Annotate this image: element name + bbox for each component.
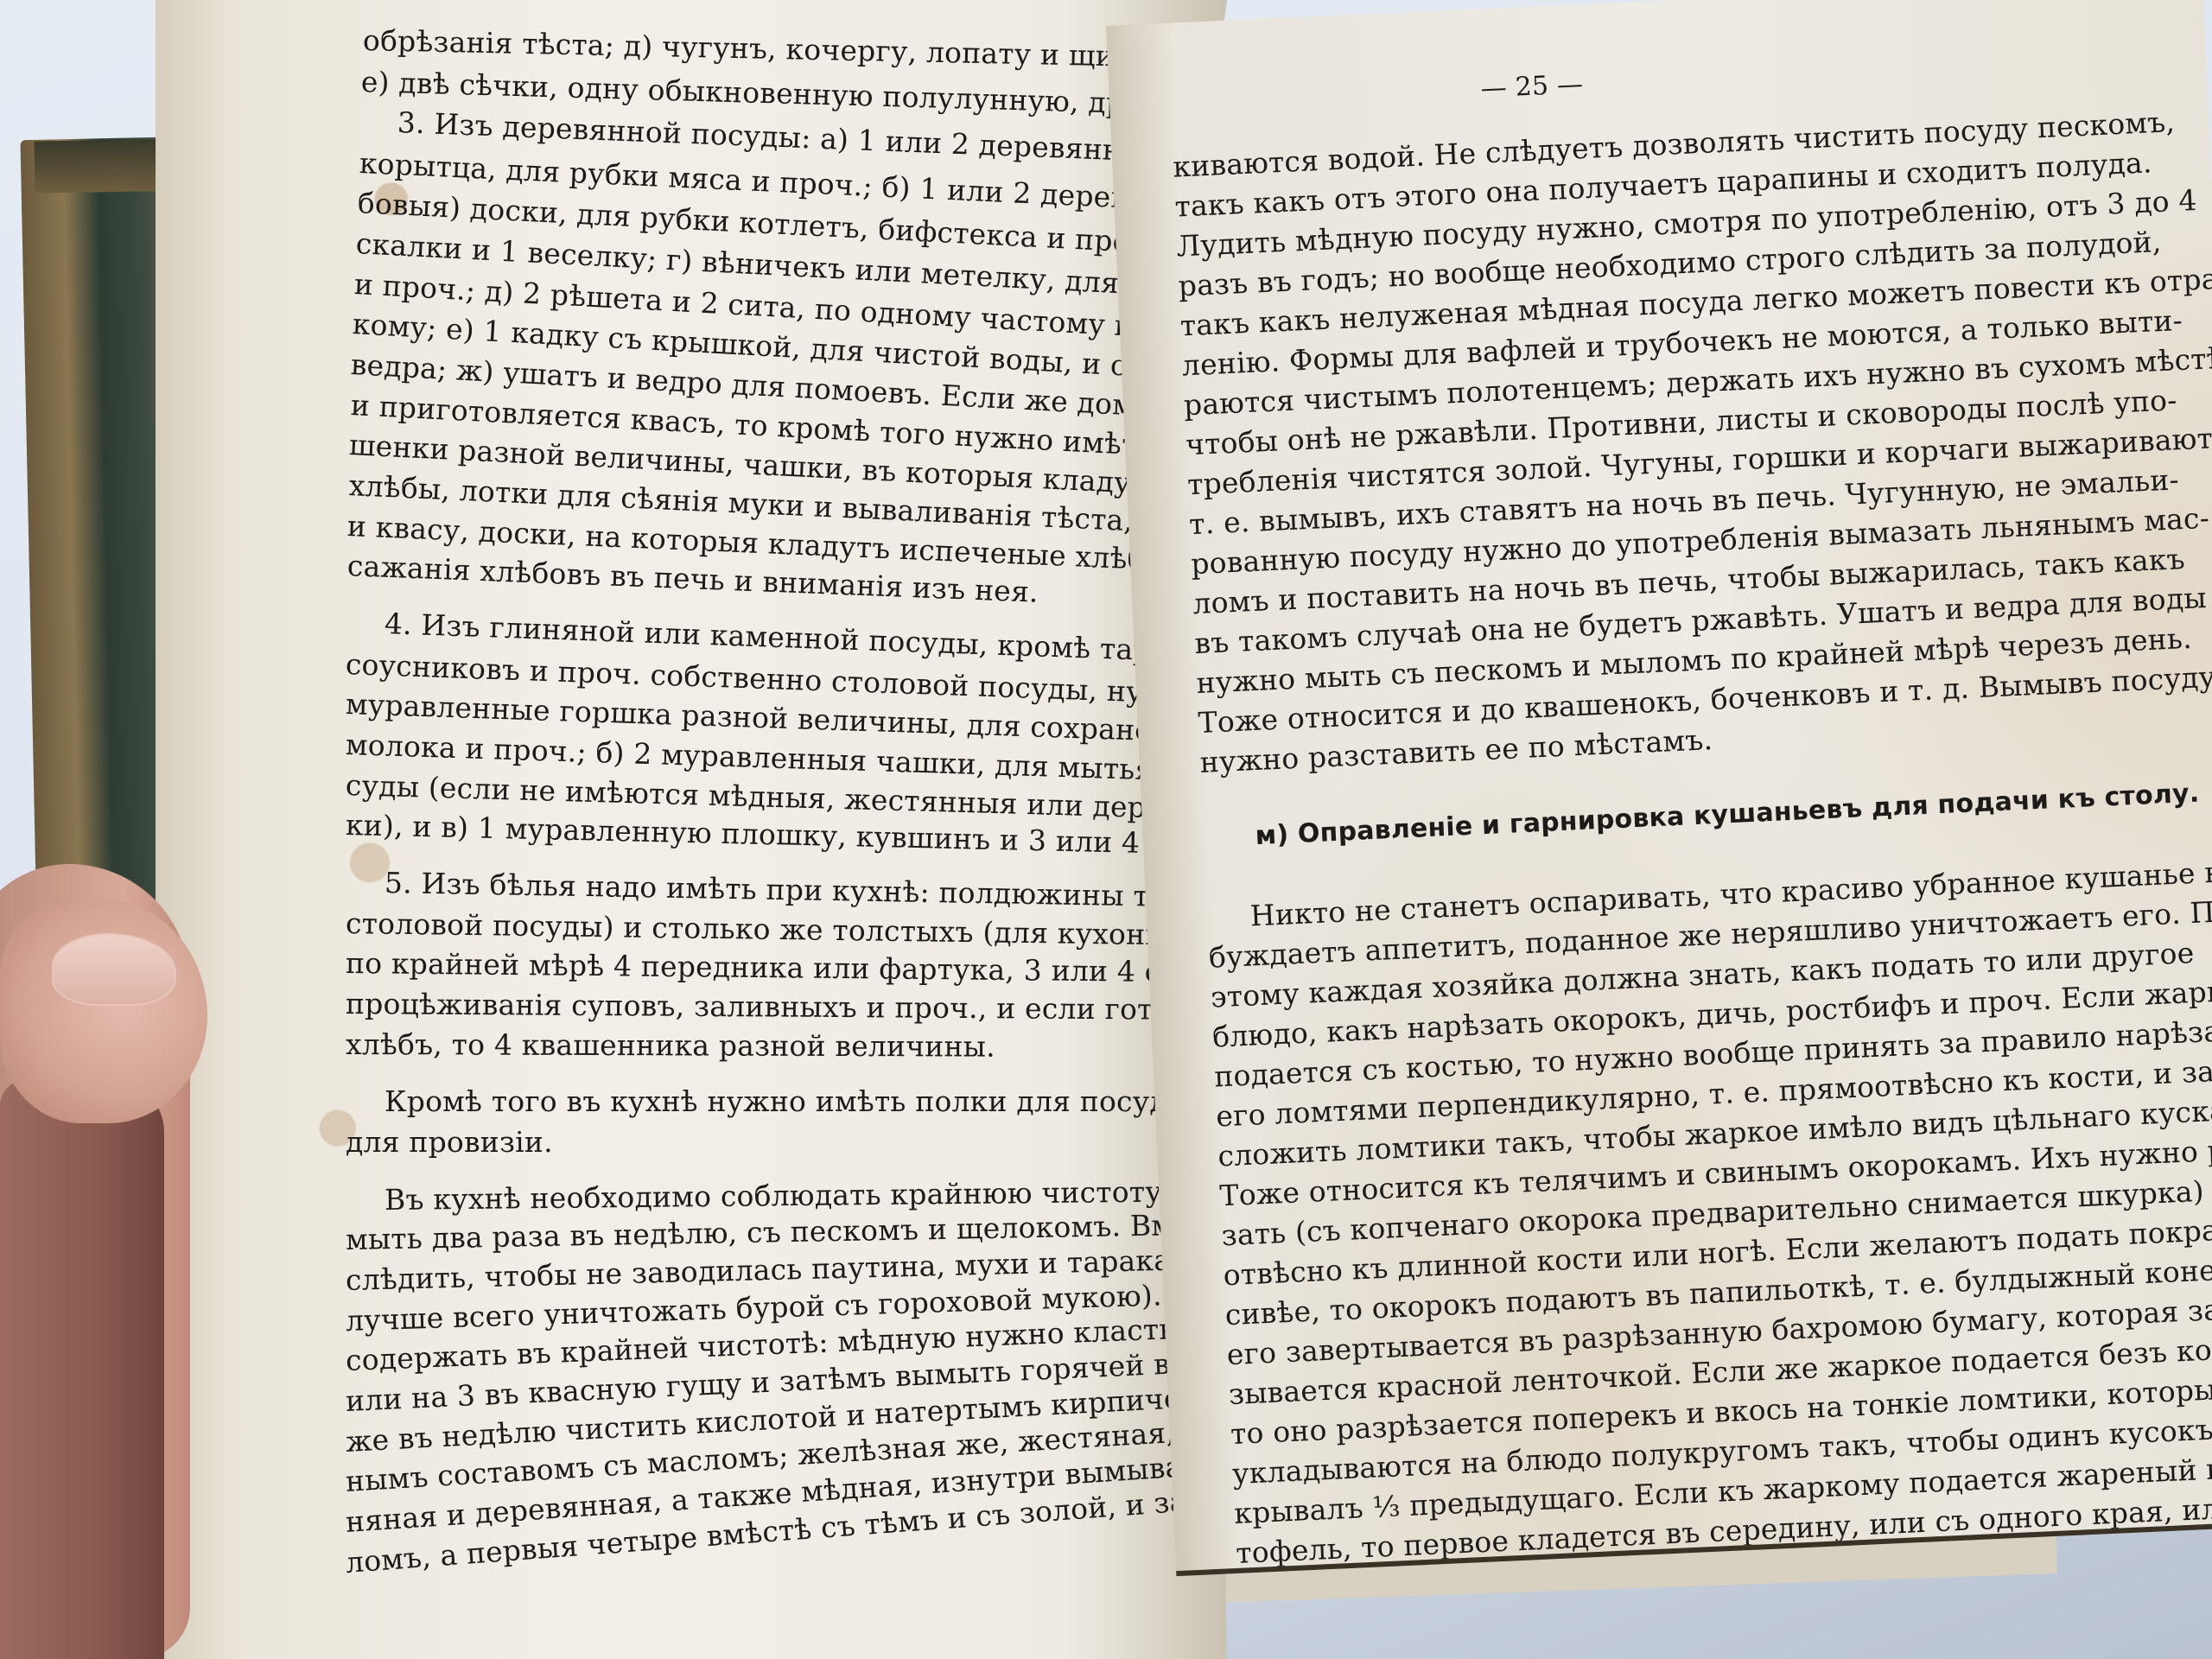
- text-line: Въ кухнѣ необходимо соблюдать крайнюю чи…: [385, 1175, 1227, 1214]
- text-line: обрѣзанія тѣста; д) чугунъ, кочергу, лоп…: [363, 26, 1227, 73]
- text-line: 5. Изъ бѣлья надо имѣть при кухнѣ: полдю…: [385, 868, 1227, 912]
- text-line: Кромѣ того въ кухнѣ нужно имѣть полки дл…: [385, 1087, 1227, 1116]
- text-line: по крайней мѣрѣ 4 передника или фартука,…: [346, 949, 1227, 987]
- photo-scene: обрѣзанія тѣста; д) чугунъ, кочергу, лоп…: [0, 0, 2212, 1659]
- text-line: хлѣбъ, то 4 квашенника разной величины.: [346, 1030, 995, 1061]
- section-heading: м) Оправленіе и гарнировка кушаньевъ для…: [1255, 781, 2200, 850]
- fingers: [0, 1080, 164, 1659]
- left-page: обрѣзанія тѣста; д) чугунъ, кочергу, лоп…: [156, 0, 1227, 1659]
- page-number: — 25 —: [1480, 72, 1584, 102]
- text-line: столовой посуды) и столько же толстыхъ (…: [346, 909, 1227, 952]
- text-line: для провизіи.: [346, 1128, 553, 1156]
- right-page: — 25 — киваются водой. Не слѣдуетъ дозво…: [1106, 0, 2212, 1576]
- text-line: процѣживанія суповъ, заливныхъ и проч., …: [346, 989, 1227, 1024]
